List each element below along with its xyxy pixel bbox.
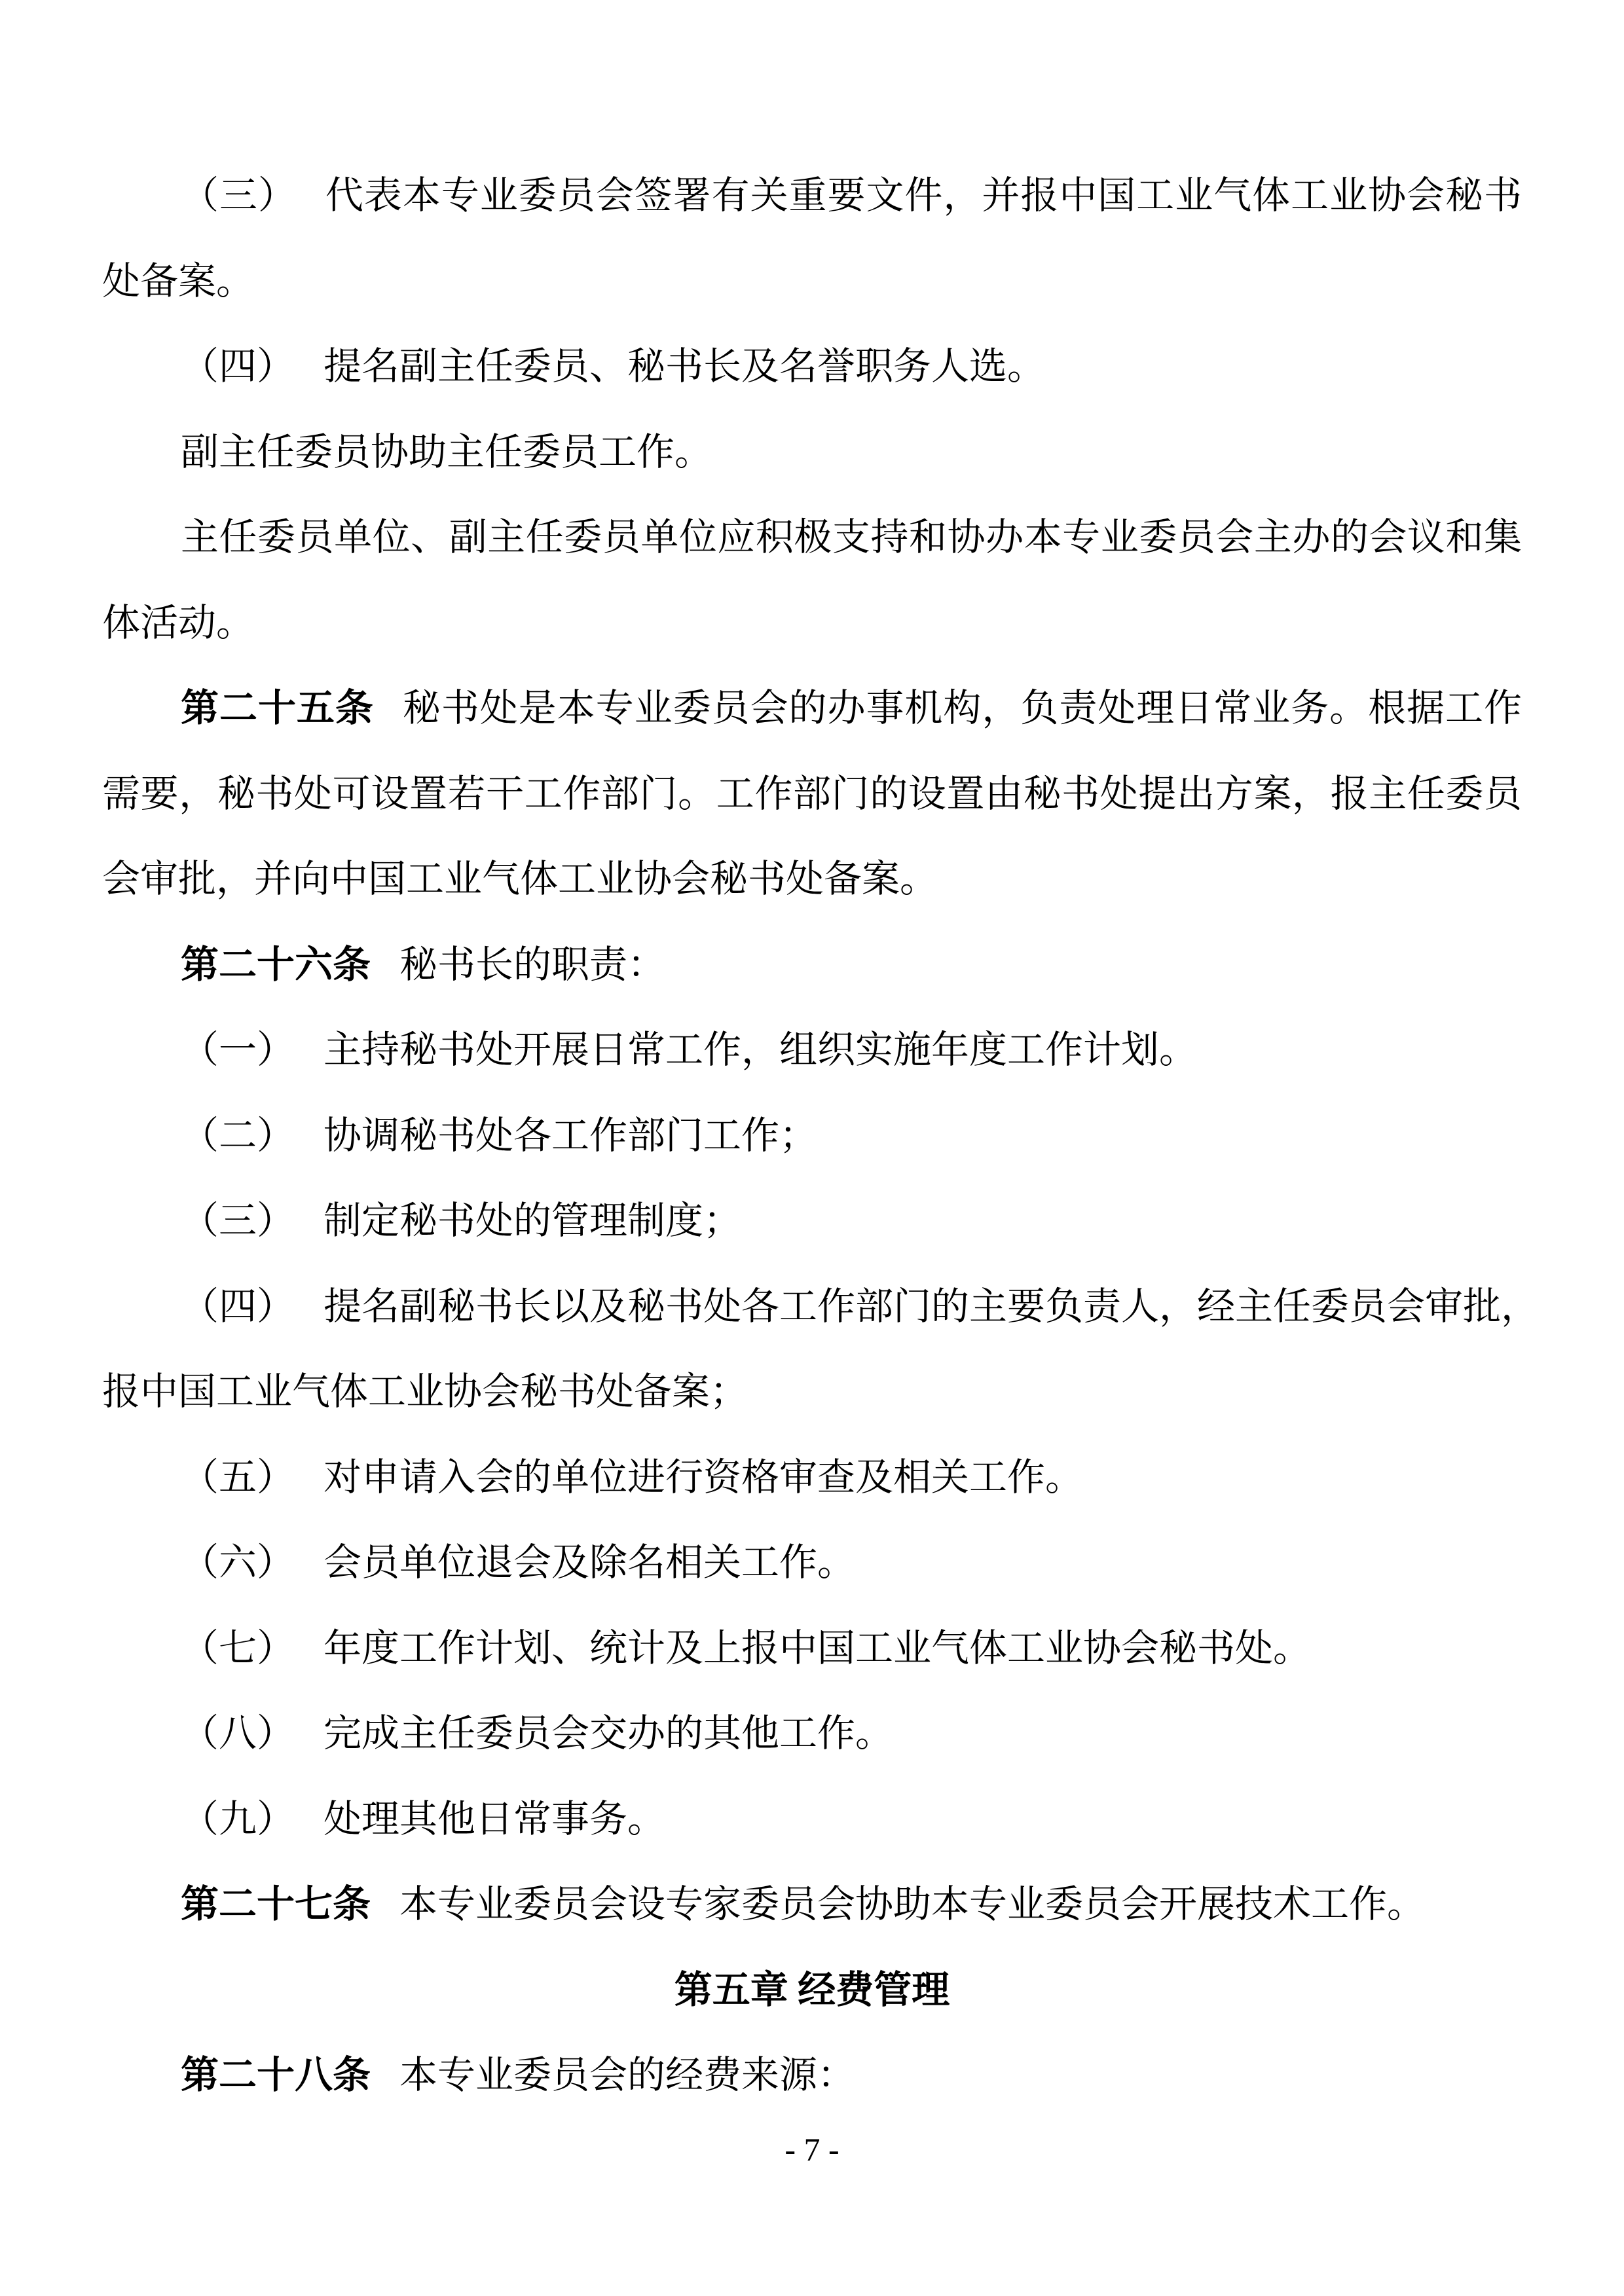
item-number: （四） — [181, 345, 295, 388]
article-number: 第二十七条 — [181, 1883, 371, 1925]
item-line: （三）制定秘书处的管理制度； — [102, 1178, 1522, 1264]
continuation-line: 会审批，并向中国工业气体工业协会秘书处备案。 — [102, 837, 1522, 922]
line-text: 副主任委员协助主任委员工作。 — [181, 431, 712, 473]
item-line: （二）协调秘书处各工作部门工作； — [102, 1093, 1522, 1179]
item-number: （九） — [181, 1798, 295, 1840]
item-number: （一） — [181, 1029, 295, 1071]
line-text: 协调秘书处各工作部门工作； — [323, 1114, 817, 1157]
item-number: （七） — [181, 1627, 295, 1669]
line-text: 会员单位退会及除名相关工作。 — [323, 1541, 855, 1584]
line-text: 完成主任委员会交办的其他工作。 — [323, 1712, 893, 1755]
line-text: 报中国工业气体工业协会秘书处备案； — [102, 1370, 748, 1413]
item-line: （八）完成主任委员会交办的其他工作。 — [102, 1691, 1522, 1777]
article-line: 第二十七条本专业委员会设专家委员会协助本专业委员会开展技术工作。 — [102, 1862, 1522, 1948]
line-text: 代表本专业委员会签署有关重要文件，并报中国工业气体工业协会秘书 — [325, 174, 1522, 217]
article-number: 第二十六条 — [181, 943, 371, 986]
line-text: 对申请入会的单位进行资格审查及相关工作。 — [323, 1456, 1083, 1499]
item-line: （三）代表本专业委员会签署有关重要文件，并报中国工业气体工业协会秘书 — [102, 153, 1522, 239]
article-line: 第二十八条本专业委员会的经费来源： — [102, 2033, 1522, 2119]
item-line: （四）提名副主任委员、秘书长及名誉职务人选。 — [102, 324, 1522, 410]
line-text: 本专业委员会设专家委员会协助本专业委员会开展技术工作。 — [399, 1883, 1425, 1925]
line-text: 处备案。 — [102, 260, 254, 302]
line-text: 制定秘书处的管理制度； — [323, 1199, 741, 1242]
document-page: （三）代表本专业委员会签署有关重要文件，并报中国工业气体工业协会秘书 处备案。 … — [0, 0, 1624, 2296]
line-text: 本专业委员会的经费来源： — [399, 2054, 855, 2096]
article-number: 第二十五条 — [181, 687, 374, 729]
item-number: （二） — [181, 1114, 295, 1157]
item-line: （六）会员单位退会及除名相关工作。 — [102, 1520, 1522, 1606]
chapter-title: 第五章 经费管理 — [674, 1969, 950, 2011]
continuation-line: 需要，秘书处可设置若干工作部门。工作部门的设置由秘书处提出方案，报主任委员 — [102, 752, 1522, 837]
line-text: 主持秘书处开展日常工作，组织实施年度工作计划。 — [323, 1029, 1197, 1071]
line-text: 秘书长的职责： — [399, 943, 665, 986]
paragraph-line: 主任委员单位、副主任委员单位应积极支持和协办本专业委员会主办的会议和集 — [102, 495, 1522, 581]
line-text: 处理其他日常事务。 — [323, 1798, 665, 1840]
article-line: 第二十六条秘书长的职责： — [102, 922, 1522, 1008]
item-line: （九）处理其他日常事务。 — [102, 1777, 1522, 1863]
continuation-line: 处备案。 — [102, 239, 1522, 325]
continuation-line: 体活动。 — [102, 581, 1522, 666]
line-text: 主任委员单位、副主任委员单位应积极支持和协办本专业委员会主办的会议和集 — [181, 516, 1522, 558]
article-number: 第二十八条 — [181, 2054, 371, 2096]
line-text: 体活动。 — [102, 602, 254, 644]
item-number: （四） — [181, 1285, 295, 1328]
item-number: （八） — [181, 1712, 295, 1755]
item-line: （一）主持秘书处开展日常工作，组织实施年度工作计划。 — [102, 1008, 1522, 1093]
chapter-heading: 第五章 经费管理 — [102, 1948, 1522, 2033]
line-text: 提名副秘书长以及秘书处各工作部门的主要负责人，经主任委员会审批， — [323, 1285, 1539, 1328]
line-text: 需要，秘书处可设置若干工作部门。工作部门的设置由秘书处提出方案，报主任委员 — [102, 773, 1522, 815]
page-number: - 7 - — [0, 2126, 1624, 2172]
item-line: （七）年度工作计划、统计及上报中国工业气体工业协会秘书处。 — [102, 1606, 1522, 1692]
article-line: 第二十五条秘书处是本专业委员会的办事机构，负责处理日常业务。根据工作 — [102, 666, 1522, 752]
item-line: （五）对申请入会的单位进行资格审查及相关工作。 — [102, 1435, 1522, 1521]
line-text: 提名副主任委员、秘书长及名誉职务人选。 — [323, 345, 1045, 388]
item-number: （三） — [181, 174, 297, 217]
continuation-line: 报中国工业气体工业协会秘书处备案； — [102, 1349, 1522, 1435]
document-body: （三）代表本专业委员会签署有关重要文件，并报中国工业气体工业协会秘书 处备案。 … — [102, 153, 1522, 2119]
paragraph-line: 副主任委员协助主任委员工作。 — [102, 410, 1522, 496]
line-text: 秘书处是本专业委员会的办事机构，负责处理日常业务。根据工作 — [403, 687, 1522, 729]
item-number: （六） — [181, 1541, 295, 1584]
line-text: 会审批，并向中国工业气体工业协会秘书处备案。 — [102, 858, 938, 900]
item-number: （三） — [181, 1199, 295, 1242]
item-line: （四）提名副秘书长以及秘书处各工作部门的主要负责人，经主任委员会审批， — [102, 1264, 1522, 1350]
line-text: 年度工作计划、统计及上报中国工业气体工业协会秘书处。 — [323, 1627, 1311, 1669]
item-number: （五） — [181, 1456, 295, 1499]
